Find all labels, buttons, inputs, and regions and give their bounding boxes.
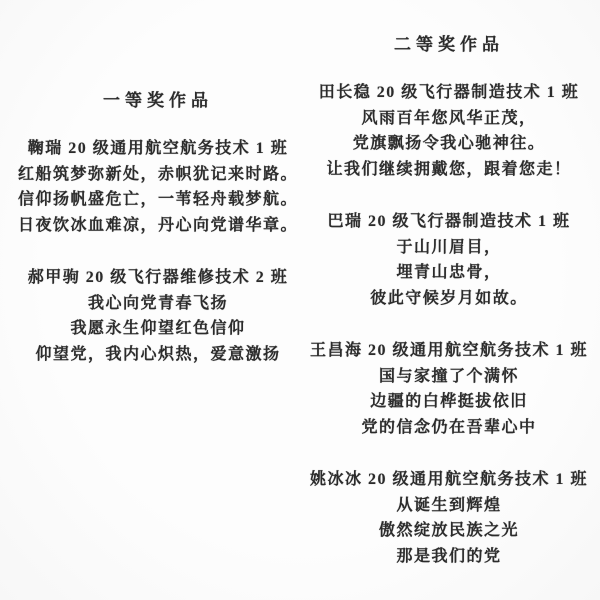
- poem-line: 埋青山忠骨，: [300, 260, 598, 286]
- poem-entry-wangchanghai: 王昌海 20 级通用航空航务技术 1 班 国与家撞了个满怀 边疆的白桦挺拔依旧 …: [300, 338, 598, 440]
- award-works-document: 一等奖作品 鞠瑞 20 级通用航空航务技术 1 班 红船筑梦弥新处，赤帜犹记来时…: [0, 0, 600, 600]
- second-prize-heading: 二等奖作品: [300, 32, 598, 58]
- poem-line: 边疆的白桦挺拔依旧: [300, 389, 598, 415]
- poem-line: 让我们继续拥戴您，跟着您走！: [300, 157, 598, 183]
- first-prize-column: 一等奖作品 鞠瑞 20 级通用航空航务技术 1 班 红船筑梦弥新处，赤帜犹记来时…: [8, 88, 308, 394]
- poem-line: 我愿永生仰望红色信仰: [8, 316, 308, 342]
- author-line: 鞠瑞 20 级通用航空航务技术 1 班: [8, 136, 308, 162]
- poem-entry-haojiaju: 郝甲驹 20 级飞行器维修技术 2 班 我心向党青春飞扬 我愿永生仰望红色信仰 …: [8, 265, 308, 367]
- poem-line: 彼此守候岁月如故。: [300, 286, 598, 312]
- poem-line: 国与家撞了个满怀: [300, 364, 598, 390]
- second-prize-column: 二等奖作品 田长稳 20 级飞行器制造技术 1 班 风雨百年您风华正茂， 党旗飘…: [300, 32, 598, 596]
- poem-line: 日夜饮冰血难凉，丹心向党谱华章。: [8, 213, 308, 239]
- poem-entry-juru: 鞠瑞 20 级通用航空航务技术 1 班 红船筑梦弥新处，赤帜犹记来时路。 信仰扬…: [8, 136, 308, 238]
- poem-line: 傲然绽放民族之光: [300, 518, 598, 544]
- author-line: 田长稳 20 级飞行器制造技术 1 班: [300, 80, 598, 106]
- poem-line: 从诞生到辉煌: [300, 493, 598, 519]
- poem-line: 党的信念仍在吾辈心中: [300, 415, 598, 441]
- poem-line: 党旗飘扬令我心驰神往。: [300, 131, 598, 157]
- author-line: 姚冰冰 20 级通用航空航务技术 1 班: [300, 467, 598, 493]
- poem-entry-tianchangwen: 田长稳 20 级飞行器制造技术 1 班 风雨百年您风华正茂， 党旗飘扬令我心驰神…: [300, 80, 598, 182]
- poem-line: 我心向党青春飞扬: [8, 291, 308, 317]
- poem-line: 风雨百年您风华正茂，: [300, 106, 598, 132]
- poem-entry-yaobingbing: 姚冰冰 20 级通用航空航务技术 1 班 从诞生到辉煌 傲然绽放民族之光 那是我…: [300, 467, 598, 569]
- first-prize-heading: 一等奖作品: [8, 88, 308, 114]
- author-line: 郝甲驹 20 级飞行器维修技术 2 班: [8, 265, 308, 291]
- poem-line: 信仰扬帆盛危亡，一苇轻舟载梦航。: [8, 187, 308, 213]
- poem-line: 红船筑梦弥新处，赤帜犹记来时路。: [8, 162, 308, 188]
- poem-line: 于山川眉目，: [300, 235, 598, 261]
- author-line: 巴瑞 20 级飞行器制造技术 1 班: [300, 209, 598, 235]
- poem-line: 那是我们的党: [300, 544, 598, 570]
- poem-entry-barui: 巴瑞 20 级飞行器制造技术 1 班 于山川眉目， 埋青山忠骨， 彼此守候岁月如…: [300, 209, 598, 311]
- author-line: 王昌海 20 级通用航空航务技术 1 班: [300, 338, 598, 364]
- poem-line: 仰望党，我内心炽热，爱意激扬: [8, 342, 308, 368]
